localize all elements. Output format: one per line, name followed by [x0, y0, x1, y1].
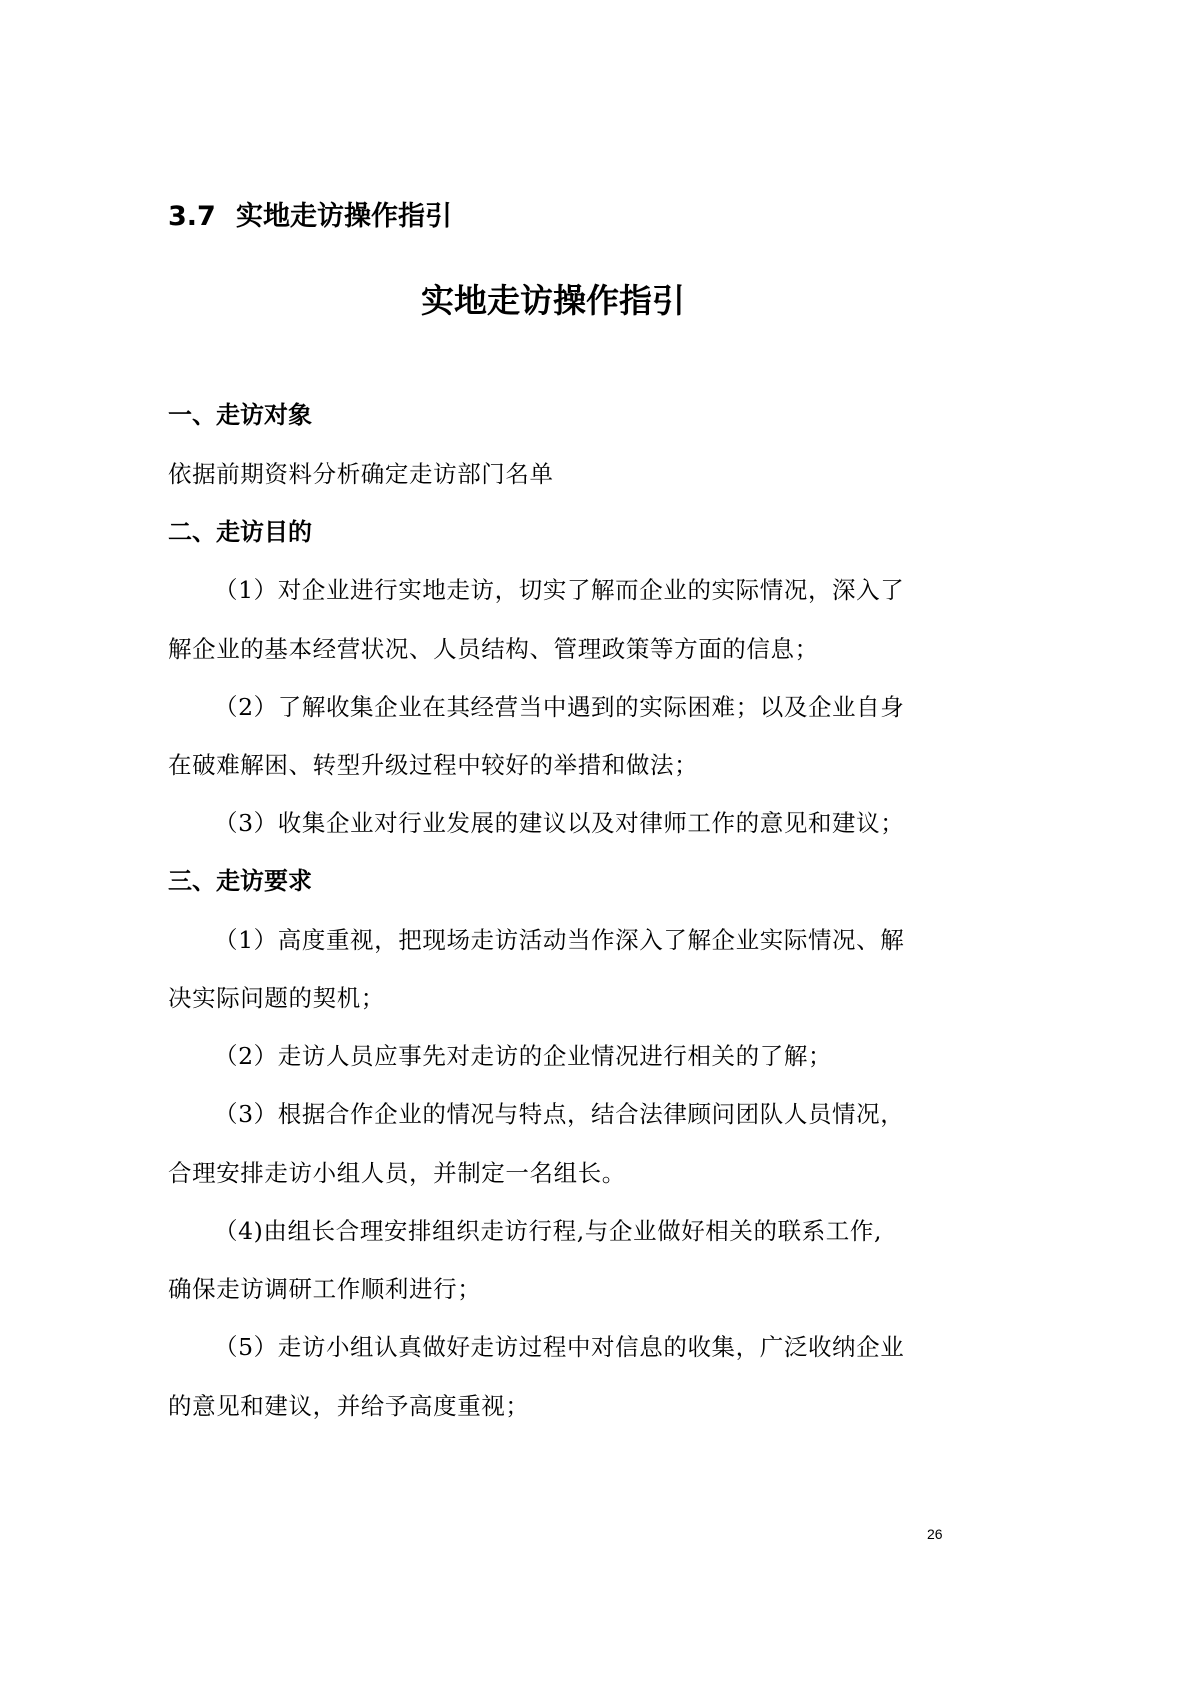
requirement-item-4-line-1: （4)由组长合理安排组织走访行程,与企业做好相关的联系工作, — [214, 1214, 882, 1248]
requirement-item-2-line-1: （2）走访人员应事先对走访的企业情况进行相关的了解； — [214, 1039, 832, 1073]
requirement-item-1-line-1: （1）高度重视，把现场走访活动当作深入了解企业实际情况、解 — [214, 923, 904, 957]
heading-visit-target: 一、走访对象 — [168, 398, 312, 432]
requirement-item-3-line-1: （3）根据合作企业的情况与特点，结合法律顾问团队人员情况， — [214, 1097, 904, 1131]
purpose-item-1-line-1: （1）对企业进行实地走访，切实了解而企业的实际情况，深入了 — [214, 573, 904, 607]
document-title: 实地走访操作指引 — [0, 278, 1106, 324]
page-number: 26 — [927, 1525, 943, 1543]
section-heading: 3.7实地走访操作指引 — [168, 197, 452, 237]
requirement-item-5-line-1: （5）走访小组认真做好走访过程中对信息的收集，广泛收纳企业 — [214, 1330, 904, 1364]
purpose-item-1-line-2: 解企业的基本经营状况、人员结构、管理政策等方面的信息； — [168, 632, 819, 666]
requirement-item-1-line-2: 决实际问题的契机； — [168, 981, 385, 1015]
heading-visit-purpose: 二、走访目的 — [168, 515, 312, 549]
requirement-item-3-line-2: 合理安排走访小组人员，并制定一名组长。 — [168, 1156, 626, 1190]
document-page: 3.7实地走访操作指引 实地走访操作指引 一、走访对象 依据前期资料分析确定走访… — [0, 0, 1190, 1684]
purpose-item-2-line-1: （2）了解收集企业在其经营当中遇到的实际困难；以及企业自身 — [214, 690, 904, 724]
purpose-item-3-line-1: （3）收集企业对行业发展的建议以及对律师工作的意见和建议； — [214, 806, 904, 840]
requirement-item-4-line-2: 确保走访调研工作顺利进行； — [168, 1272, 481, 1306]
paragraph-visit-target: 依据前期资料分析确定走访部门名单 — [168, 457, 554, 491]
heading-visit-requirements: 三、走访要求 — [168, 864, 312, 898]
section-title: 实地走访操作指引 — [236, 201, 452, 232]
requirement-item-5-line-2: 的意见和建议，并给予高度重视； — [168, 1389, 530, 1423]
purpose-item-2-line-2: 在破难解困、转型升级过程中较好的举措和做法； — [168, 748, 698, 782]
section-number: 3.7 — [168, 197, 236, 237]
